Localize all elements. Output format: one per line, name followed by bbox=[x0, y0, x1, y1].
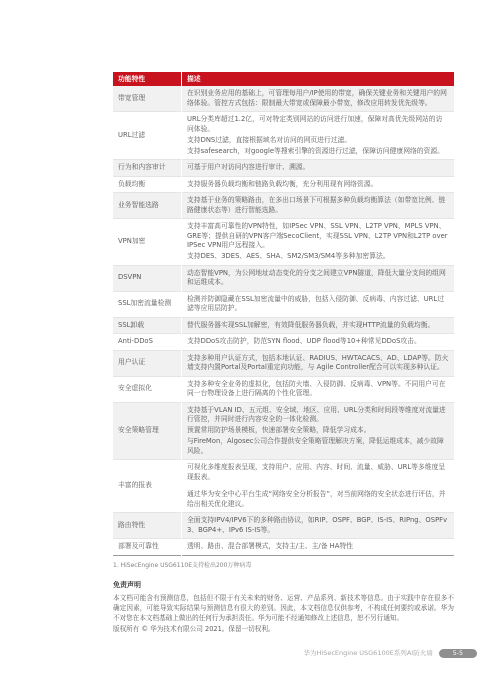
feature-name-cell: Anti-DDoS bbox=[113, 334, 182, 351]
table-row: 带宽管理在识别业务应用的基础上，可管理每用户/IP使用的带宽，确保关键业务和关键… bbox=[113, 86, 454, 112]
feature-name-cell: SSL卸载 bbox=[113, 317, 182, 334]
feature-name-cell: 部署及可靠性 bbox=[113, 539, 182, 556]
disclaimer-title: 免责声明 bbox=[113, 580, 454, 590]
feature-description-cell: 全面支持IPV4/IPV6下的多种路由协议，如RIP、OSPF、BGP、IS-I… bbox=[182, 513, 455, 539]
feature-description-cell: URL分类库超过1.2亿，可对特定类别网站的访问进行加速，保障对高优先级网站的访… bbox=[182, 112, 455, 160]
description-paragraph: 替代服务器实现SSL加解密，有效降低服务器负载，并实现HTTP流量的负载均衡。 bbox=[187, 321, 449, 331]
table-row: URL过滤URL分类库超过1.2亿，可对特定类别网站的访问进行加速，保障对高优先… bbox=[113, 112, 454, 160]
feature-description-cell: 支持多种用户认证方式，包括本地认证、RADIUS、HWTACACS、AD、LDA… bbox=[182, 350, 455, 376]
table-row: 用户认证支持多种用户认证方式，包括本地认证、RADIUS、HWTACACS、AD… bbox=[113, 350, 454, 376]
feature-description-cell: 在识别业务应用的基础上，可管理每用户/IP使用的带宽，确保关键业务和关键用户的网… bbox=[182, 86, 455, 112]
table-row: SSL卸载替代服务器实现SSL加解密，有效降低服务器负载，并实现HTTP流量的负… bbox=[113, 317, 454, 334]
description-paragraph: 可视化多维度报表呈现，支持用户、应用、内容、时间、流量、威胁、URL等多维度呈现… bbox=[187, 463, 449, 482]
feature-name-cell: 丰富的报表 bbox=[113, 460, 182, 513]
header-cell-feature: 功能特性 bbox=[113, 72, 182, 86]
feature-description-cell: 支持服务器负载均衡和链路负载均衡，充分利用现有网络资源。 bbox=[182, 176, 455, 193]
feature-name-cell: 安全虚拟化 bbox=[113, 376, 182, 402]
feature-description-cell: 检测并防御隐藏在SSL加密流量中的威胁，包括入侵防御、反病毒、内容过滤、URL过… bbox=[182, 291, 455, 317]
description-paragraph: 支持多种安全业务的虚拟化，包括防火墙、入侵防御、反病毒、VPN等。不同用户可在同… bbox=[187, 380, 449, 399]
description-paragraph: 通过华为安全中心平台生成“网络安全分析报告”，对当前网络的安全状态进行评估，并给… bbox=[187, 490, 449, 509]
description-paragraph: 在识别业务应用的基础上，可管理每用户/IP使用的带宽，确保关键业务和关键用户的网… bbox=[187, 89, 449, 108]
description-paragraph: 支持服务器负载均衡和链路负载均衡，充分利用现有网络资源。 bbox=[187, 180, 449, 190]
feature-description-cell: 支持DDoS攻击防护，防范SYN flood、UDP flood等10+种常见D… bbox=[182, 334, 455, 351]
page-footer: 华为HiSecEngine USG6100E系列AI防火墙 5-5 bbox=[304, 649, 477, 658]
copyright-line: 版权所有 © 华为技术有限公司 2021。保留一切权利。 bbox=[113, 624, 454, 634]
feature-name-cell: URL过滤 bbox=[113, 112, 182, 160]
feature-description-cell: 动态智能VPN，为公网地址动态变化的分支之间建立VPN隧道，降低大量分支间的组网… bbox=[182, 265, 455, 291]
table-row: Anti-DDoS支持DDoS攻击防护，防范SYN flood、UDP floo… bbox=[113, 334, 454, 351]
description-paragraph: 支持DNS过滤，直接根据域名对访问的网页进行过滤。 bbox=[187, 136, 449, 146]
table-row: DSVPN动态智能VPN，为公网地址动态变化的分支之间建立VPN隧道，降低大量分… bbox=[113, 265, 454, 291]
description-paragraph: 支持多种用户认证方式，包括本地认证、RADIUS、HWTACACS、AD、LDA… bbox=[187, 354, 449, 373]
disclaimer-body: 本文档可能含有预测信息，包括但不限于有关未来的财务、运营、产品系列、新技术等信息… bbox=[113, 593, 454, 623]
disclaimer-section: 免责声明 本文档可能含有预测信息，包括但不限于有关未来的财务、运营、产品系列、新… bbox=[113, 580, 454, 634]
table-footnote: 1. HiSecEngine USG6110E支持检出200万种病毒 bbox=[113, 562, 454, 570]
page-number-badge: 5-5 bbox=[439, 649, 477, 658]
feature-description-cell: 支持基于业务的策略路由，在多出口场景下可根据多种负载均衡算法（如带宽比例、链路健… bbox=[182, 193, 455, 219]
description-paragraph: 全面支持IPV4/IPV6下的多种路由协议，如RIP、OSPF、BGP、IS-I… bbox=[187, 516, 449, 535]
footer-doc-title: 华为HiSecEngine USG6100E系列AI防火墙 bbox=[304, 649, 433, 658]
table-row: 业务智能选路支持基于业务的策略路由，在多出口场景下可根据多种负载均衡算法（如带宽… bbox=[113, 193, 454, 219]
feature-description-cell: 替代服务器实现SSL加解密，有效降低服务器负载，并实现HTTP流量的负载均衡。 bbox=[182, 317, 455, 334]
description-paragraph: 支持DDoS攻击防护，防范SYN flood、UDP flood等10+种常见D… bbox=[187, 337, 449, 347]
description-paragraph: 动态智能VPN，为公网地址动态变化的分支之间建立VPN隧道，降低大量分支间的组网… bbox=[187, 269, 449, 288]
description-paragraph: 支持safesearch，对google等搜索引擎的资源进行过滤，保障访问健康网… bbox=[187, 147, 449, 157]
table-row: 行为和内容审计可基于用户对访问内容进行审计、溯源。 bbox=[113, 160, 454, 177]
table-header-row: 功能特性 描述 bbox=[113, 72, 454, 86]
feature-name-cell: SSL加密流量检测 bbox=[113, 291, 182, 317]
feature-name-cell: 用户认证 bbox=[113, 350, 182, 376]
table-row: 安全策略管理支持基于VLAN ID、五元组、安全域、地区、应用、URL分类和时间… bbox=[113, 402, 454, 460]
description-paragraph: 预置常用防护场景模板，快速部署安全策略，降低学习成本。 bbox=[187, 426, 449, 436]
table-row: 负载均衡支持服务器负载均衡和链路负载均衡，充分利用现有网络资源。 bbox=[113, 176, 454, 193]
description-paragraph: 支持基于VLAN ID、五元组、安全域、地区、应用、URL分类和时间段等维度对流… bbox=[187, 406, 449, 425]
table-row: 部署及可靠性透明、路由、混合部署模式，支持主/主、主/备 HA特性 bbox=[113, 539, 454, 556]
feature-description-cell: 支持基于VLAN ID、五元组、安全域、地区、应用、URL分类和时间段等维度对流… bbox=[182, 402, 455, 460]
feature-description-cell: 可视化多维度报表呈现，支持用户、应用、内容、时间、流量、威胁、URL等多维度呈现… bbox=[182, 460, 455, 513]
feature-table-body: 带宽管理在识别业务应用的基础上，可管理每用户/IP使用的带宽，确保关键业务和关键… bbox=[113, 86, 454, 555]
feature-name-cell: VPN加密 bbox=[113, 219, 182, 266]
feature-description-cell: 支持多种安全业务的虚拟化，包括防火墙、入侵防御、反病毒、VPN等。不同用户可在同… bbox=[182, 376, 455, 402]
table-row: VPN加密支持丰富高可靠性的VPN特性，如IPSec VPN、SSL VPN、L… bbox=[113, 219, 454, 266]
description-paragraph: 可基于用户对访问内容进行审计、溯源。 bbox=[187, 163, 449, 173]
feature-name-cell: 安全策略管理 bbox=[113, 402, 182, 460]
table-row: 路由特性全面支持IPV4/IPV6下的多种路由协议，如RIP、OSPF、BGP、… bbox=[113, 513, 454, 539]
table-row: 丰富的报表可视化多维度报表呈现，支持用户、应用、内容、时间、流量、威胁、URL等… bbox=[113, 460, 454, 513]
feature-name-cell: DSVPN bbox=[113, 265, 182, 291]
content-area: 功能特性 描述 带宽管理在识别业务应用的基础上，可管理每用户/IP使用的带宽，确… bbox=[113, 72, 454, 570]
feature-name-cell: 负载均衡 bbox=[113, 176, 182, 193]
header-cell-description: 描述 bbox=[182, 72, 455, 86]
feature-name-cell: 路由特性 bbox=[113, 513, 182, 539]
document-page: 功能特性 描述 带宽管理在识别业务应用的基础上，可管理每用户/IP使用的带宽，确… bbox=[0, 0, 500, 678]
feature-description-cell: 透明、路由、混合部署模式，支持主/主、主/备 HA特性 bbox=[182, 539, 455, 556]
description-paragraph: 支持DES、3DES、AES、SHA、SM2/SM3/SM4等多种加密算法。 bbox=[187, 252, 449, 262]
feature-table: 功能特性 描述 带宽管理在识别业务应用的基础上，可管理每用户/IP使用的带宽，确… bbox=[113, 72, 454, 556]
table-row: SSL加密流量检测检测并防御隐藏在SSL加密流量中的威胁，包括入侵防御、反病毒、… bbox=[113, 291, 454, 317]
description-paragraph: 检测并防御隐藏在SSL加密流量中的威胁，包括入侵防御、反病毒、内容过滤、URL过… bbox=[187, 295, 449, 314]
feature-name-cell: 带宽管理 bbox=[113, 86, 182, 112]
feature-description-cell: 可基于用户对访问内容进行审计、溯源。 bbox=[182, 160, 455, 177]
description-paragraph: 支持丰富高可靠性的VPN特性，如IPSec VPN、SSL VPN、L2TP V… bbox=[187, 222, 449, 251]
feature-name-cell: 行为和内容审计 bbox=[113, 160, 182, 177]
table-row: 安全虚拟化支持多种安全业务的虚拟化，包括防火墙、入侵防御、反病毒、VPN等。不同… bbox=[113, 376, 454, 402]
description-paragraph: 透明、路由、混合部署模式，支持主/主、主/备 HA特性 bbox=[187, 542, 449, 552]
feature-name-cell: 业务智能选路 bbox=[113, 193, 182, 219]
description-paragraph: URL分类库超过1.2亿，可对特定类别网站的访问进行加速，保障对高优先级网站的访… bbox=[187, 115, 449, 134]
description-paragraph: 支持基于业务的策略路由，在多出口场景下可根据多种负载均衡算法（如带宽比例、链路健… bbox=[187, 196, 449, 215]
feature-description-cell: 支持丰富高可靠性的VPN特性，如IPSec VPN、SSL VPN、L2TP V… bbox=[182, 219, 455, 266]
description-paragraph: 与FireMon，Algosec公司合作提供安全策略管理解决方案，降低运维成本，… bbox=[187, 437, 449, 456]
